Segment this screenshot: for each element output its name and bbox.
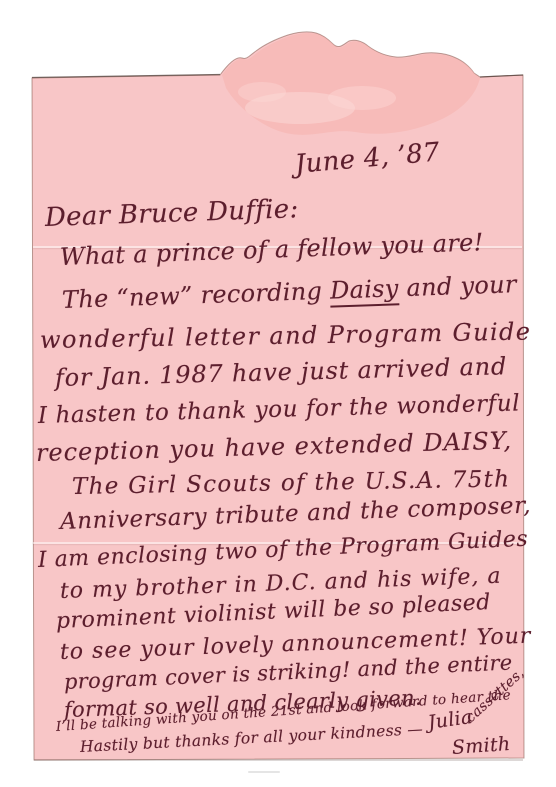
bottom-edge-shadow xyxy=(34,759,523,761)
scanned-letter: June 4, ’87 Dear Bruce Duffie: What a pr… xyxy=(0,0,556,787)
wash-highlight-blob xyxy=(328,86,396,110)
scan-smudge xyxy=(248,771,280,773)
daisy-underlined-word: Daisy xyxy=(330,274,400,307)
signature-last-name: Smith xyxy=(451,733,511,759)
wash-highlight-blob xyxy=(238,82,286,102)
daisy-line-post: and your xyxy=(398,270,517,302)
